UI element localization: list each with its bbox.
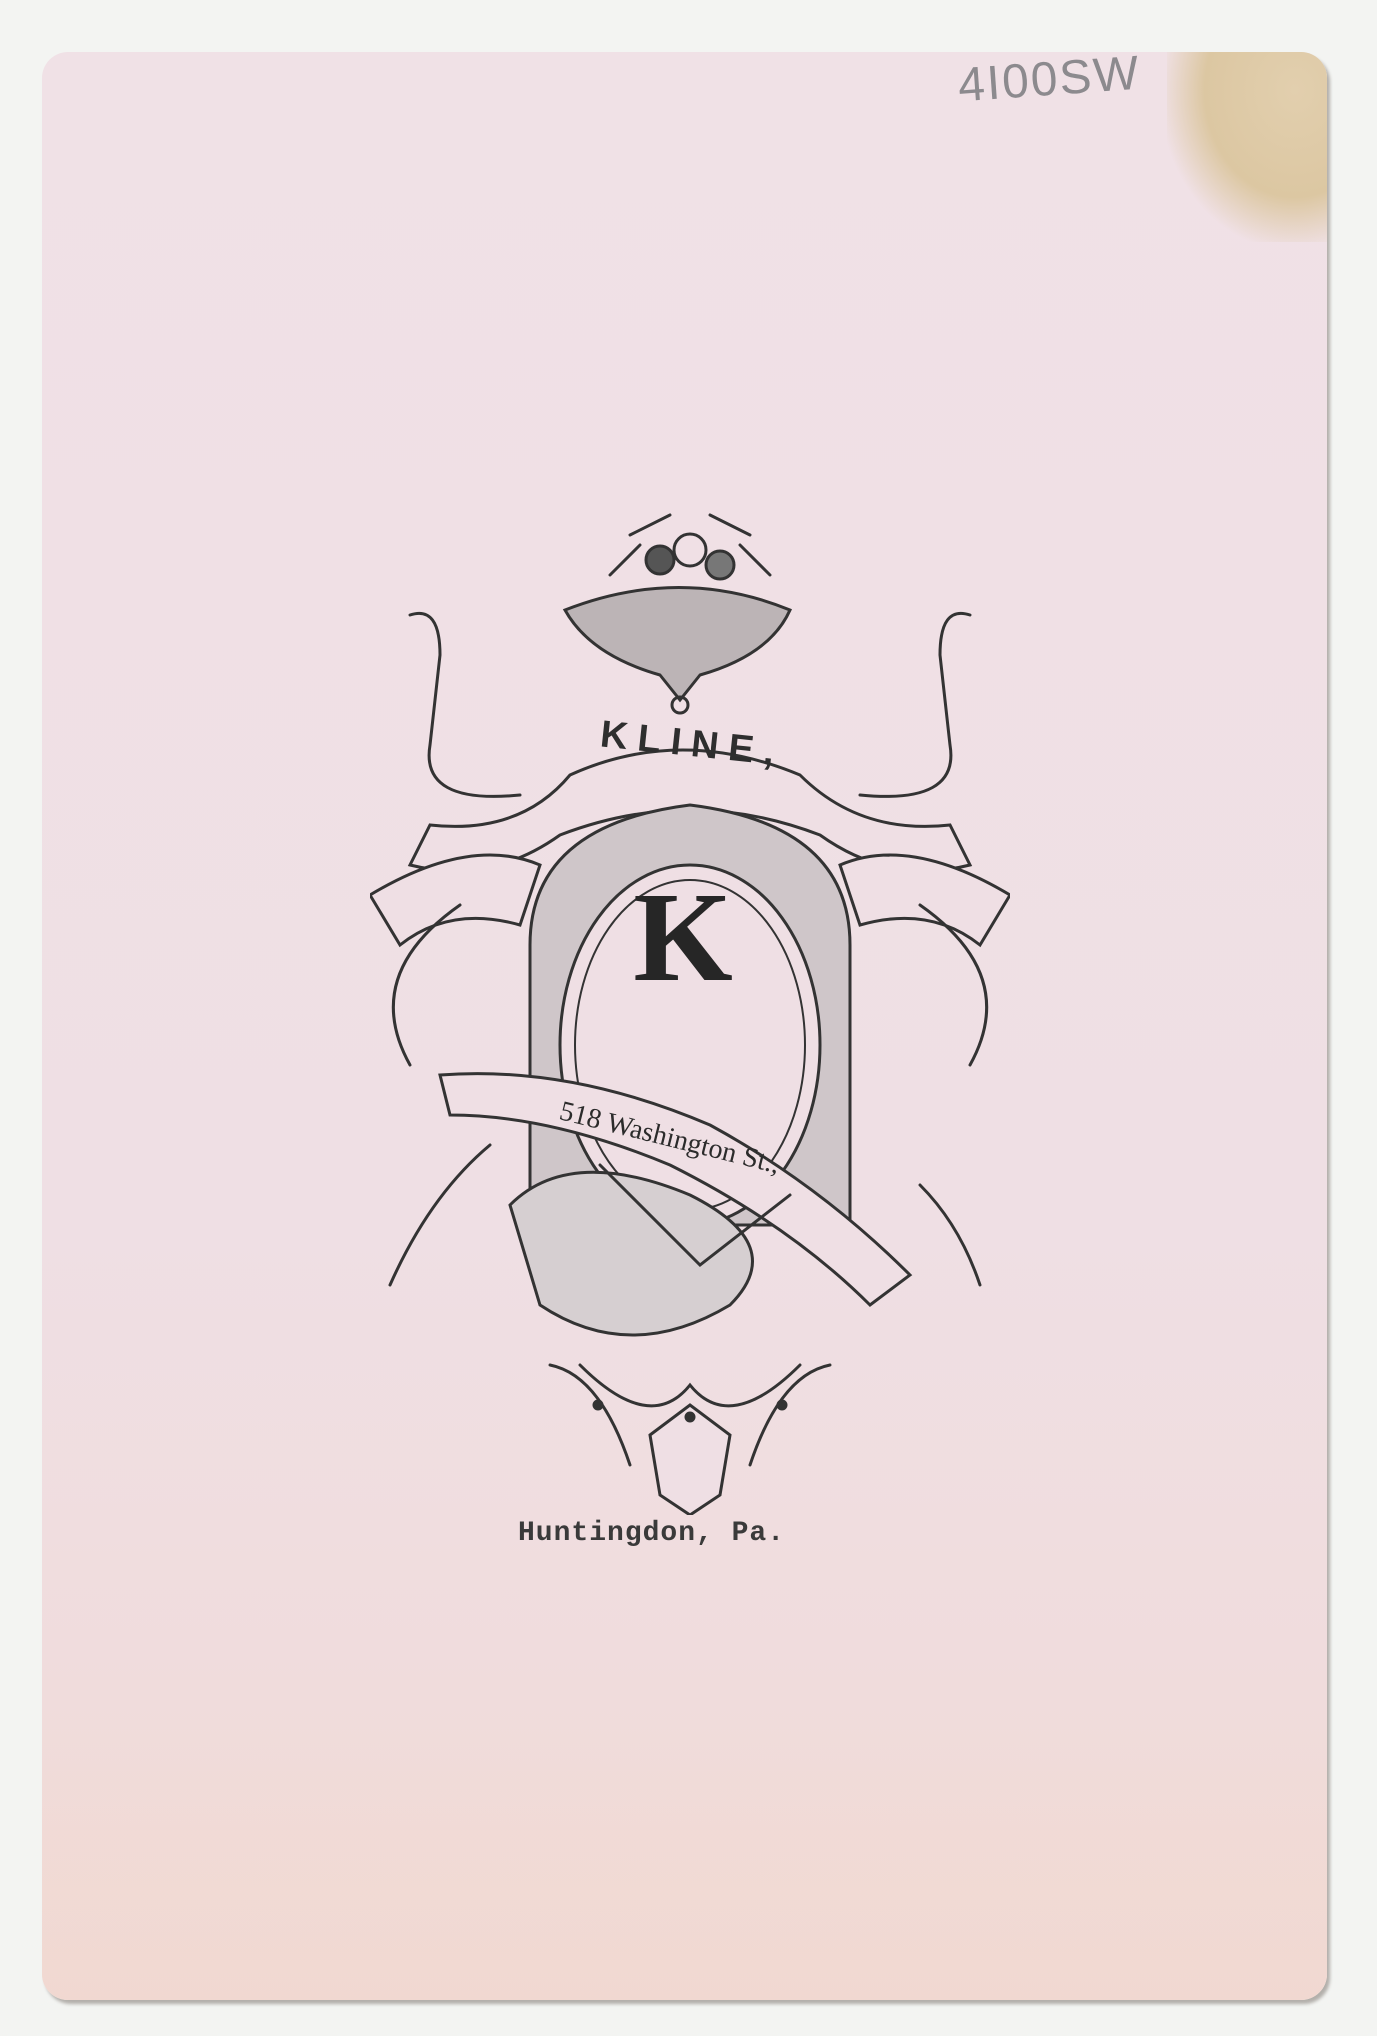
crest-engraving-icon bbox=[370, 505, 1010, 1515]
monogram-initial: K bbox=[628, 867, 738, 1007]
corner-stain bbox=[1167, 52, 1327, 242]
studio-city: Huntingdon, Pa. bbox=[518, 1518, 785, 1549]
photographer-crest: KLINE, K 518 Washington St., bbox=[370, 505, 1010, 1515]
bottom-discoloration bbox=[42, 1700, 1327, 2000]
flower-basket-icon bbox=[565, 515, 790, 713]
